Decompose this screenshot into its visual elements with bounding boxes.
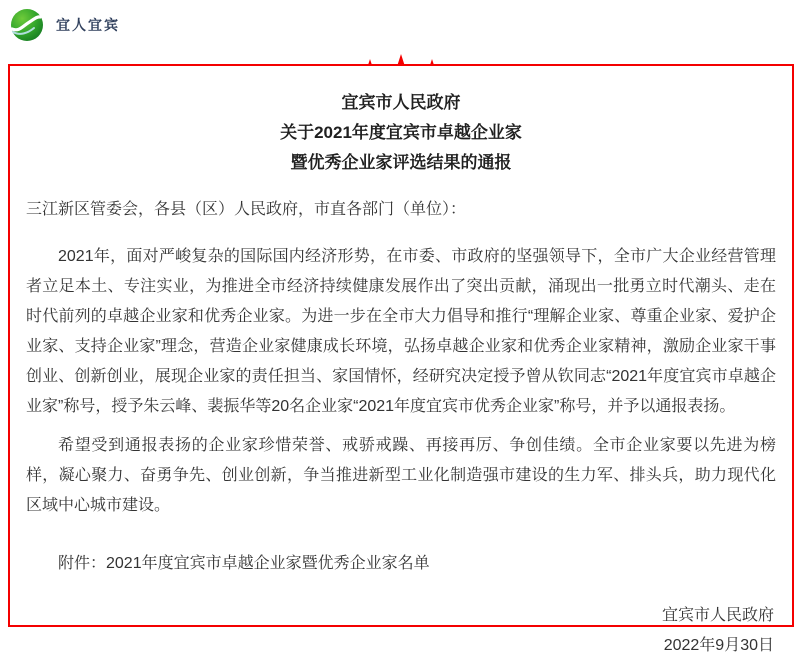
yibin-logo-icon: [10, 8, 44, 42]
star-icon: [386, 54, 416, 66]
signature-block: 宜宾市人民政府 2022年9月30日: [26, 601, 776, 635]
red-stars-decoration: [336, 53, 466, 66]
body-paragraph: 2021年，面对严峻复杂的国际国内经济形势，在市委、市政府的坚强领导下，全市广大…: [26, 242, 776, 422]
site-logo-text: 宜人宜宾: [56, 15, 120, 35]
body-paragraph: 希望受到通报表扬的企业家珍惜荣誉、戒骄戒躁、再接再厉、争创佳绩。全市企业家要以先…: [26, 431, 776, 521]
site-header: 宜人宜宾: [0, 0, 800, 52]
site-logo-link[interactable]: 宜人宜宾: [10, 8, 120, 42]
signature-org: 宜宾市人民政府: [26, 601, 774, 631]
star-icon: [422, 59, 442, 66]
title-line-1: 宜宾市人民政府: [26, 88, 776, 118]
title-line-3: 暨优秀企业家评选结果的通报: [26, 148, 776, 178]
addressee-line: 三江新区管委会，各县（区）人民政府，市直各部门（单位）：: [26, 195, 776, 225]
document-title: 宜宾市人民政府 关于2021年度宜宾市卓越企业家 暨优秀企业家评选结果的通报: [26, 88, 776, 178]
signature-date: 2022年9月30日: [26, 631, 774, 635]
star-icon: [360, 59, 380, 66]
attachment-line: 附件：2021年度宜宾市卓越企业家暨优秀企业家名单: [26, 549, 776, 579]
document-container: 宜宾市人民政府 关于2021年度宜宾市卓越企业家 暨优秀企业家评选结果的通报 三…: [8, 64, 794, 627]
title-line-2: 关于2021年度宜宾市卓越企业家: [26, 118, 776, 148]
